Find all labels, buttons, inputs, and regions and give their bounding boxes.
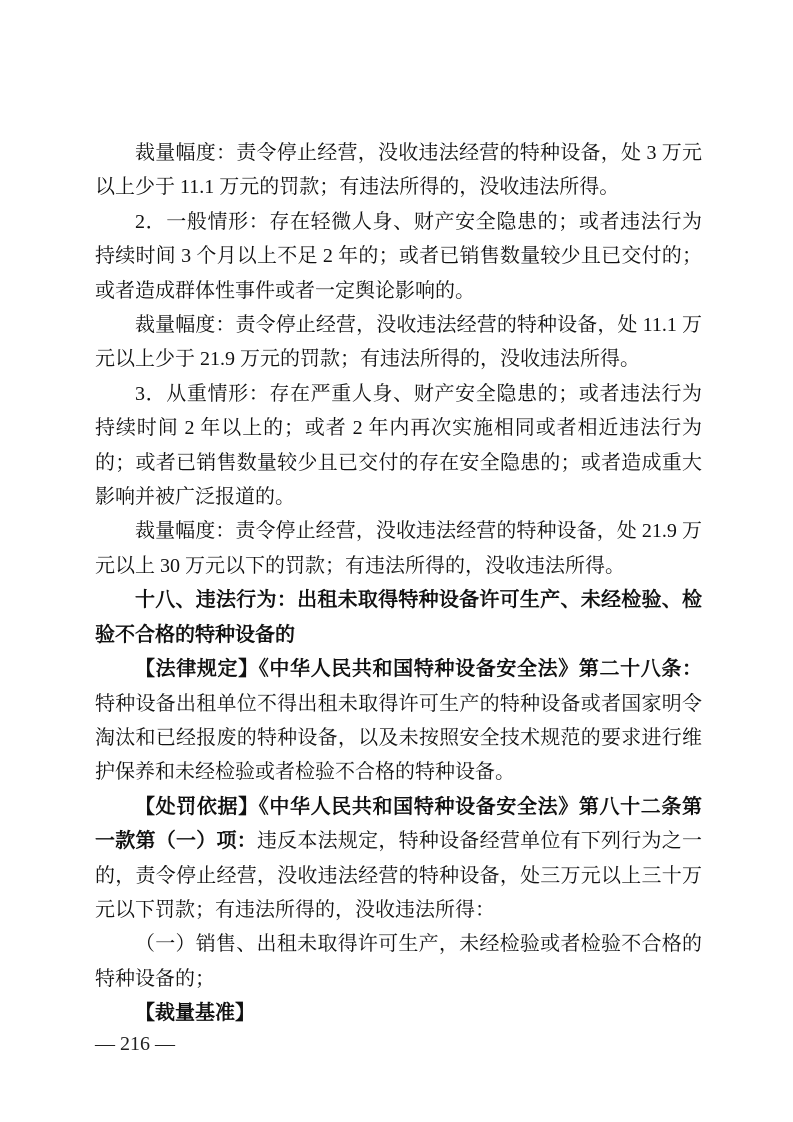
paragraph-text: 裁量幅度：责令停止经营，没收违法经营的特种设备，处 11.1 万元以上少于 21… (95, 314, 702, 370)
section-heading-18: 十八、违法行为：出租未取得特种设备许可生产、未经检验、检验不合格的特种设备的 (95, 583, 702, 652)
discretion-benchmark-heading: 【裁量基准】 (95, 996, 702, 1030)
paragraph-text: 2．一般情形：存在轻微人身、财产安全隐患的；或者违法行为持续时间 3 个月以上不… (95, 211, 702, 302)
paragraph-general-circumstance: 2．一般情形：存在轻微人身、财产安全隐患的；或者违法行为持续时间 3 个月以上不… (95, 205, 702, 308)
document-page: 裁量幅度：责令停止经营，没收违法经营的特种设备，处 3 万元以上少于 11.1 … (0, 0, 793, 1122)
heading-text: 【裁量基准】 (135, 1002, 255, 1024)
paragraph-text: 裁量幅度：责令停止经营，没收违法经营的特种设备，处 21.9 万元以上 30 万… (95, 520, 702, 576)
paragraph-item-one: （一）销售、出租未取得许可生产，未经检验或者检验不合格的特种设备的； (95, 927, 702, 996)
document-content: 裁量幅度：责令停止经营，没收违法经营的特种设备，处 3 万元以上少于 11.1 … (95, 136, 702, 1031)
paragraph-text: 特种设备出租单位不得出租未取得许可生产的特种设备或者国家明令淘汰和已经报废的特种… (95, 693, 702, 784)
paragraph-discretion-range-2: 裁量幅度：责令停止经营，没收违法经营的特种设备，处 11.1 万元以上少于 21… (95, 308, 702, 377)
paragraph-discretion-range-1: 裁量幅度：责令停止经营，没收违法经营的特种设备，处 3 万元以上少于 11.1 … (95, 136, 702, 205)
paragraph-text: 裁量幅度：责令停止经营，没收违法经营的特种设备，处 3 万元以上少于 11.1 … (95, 142, 702, 198)
paragraph-penalty-basis: 【处罚依据】《中华人民共和国特种设备安全法》第八十二条第一款第（一）项：违反本法… (95, 790, 702, 928)
paragraph-text: 3．从重情形：存在严重人身、财产安全隐患的；或者违法行为持续时间 2 年以上的；… (95, 383, 702, 508)
page-number: — 216 — (95, 1033, 175, 1055)
paragraph-legal-provision: 【法律规定】《中华人民共和国特种设备安全法》第二十八条：特种设备出租单位不得出租… (95, 652, 702, 790)
heading-text: 十八、违法行为：出租未取得特种设备许可生产、未经检验、检验不合格的特种设备的 (95, 589, 702, 645)
paragraph-discretion-range-3: 裁量幅度：责令停止经营，没收违法经营的特种设备，处 21.9 万元以上 30 万… (95, 514, 702, 583)
paragraph-text: （一）销售、出租未取得许可生产，未经检验或者检验不合格的特种设备的； (95, 933, 702, 989)
paragraph-lead: 【法律规定】《中华人民共和国特种设备安全法》第二十八条： (135, 658, 702, 680)
page-footer: — 216 — (95, 1032, 175, 1056)
paragraph-severe-circumstance: 3．从重情形：存在严重人身、财产安全隐患的；或者违法行为持续时间 2 年以上的；… (95, 377, 702, 515)
